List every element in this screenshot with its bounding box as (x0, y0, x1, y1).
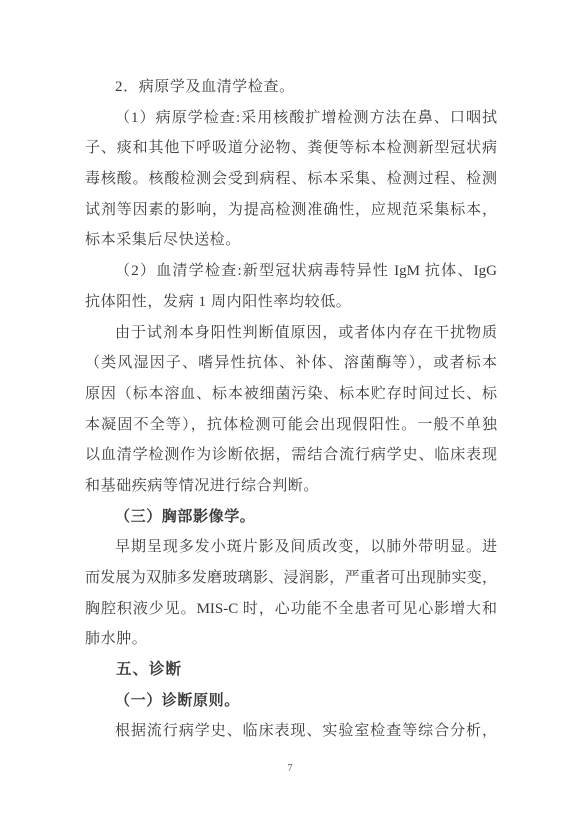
text-line: 胸腔积液少见。MIS-C 时，心功能不全患者可见心影增大和 (85, 594, 497, 625)
text-line: 本凝固不全等），抗体检测可能会出现假阳性。一般不单独 (85, 410, 497, 441)
text-line: 子、痰和其他下呼吸道分泌物、粪便等标本检测新型冠状病 (85, 133, 497, 164)
text-line: 原因（标本溶血、标本被细菌污染、标本贮存时间过长、标 (85, 379, 497, 410)
text-line: （1）病原学检查:采用核酸扩增检测方法在鼻、口咽拭 (85, 103, 497, 134)
text-line: 肺水肿。 (85, 624, 497, 655)
text-line: 标本采集后尽快送检。 (85, 225, 497, 256)
text-line: 以血清学检测作为诊断依据，需结合流行病学史、临床表现 (85, 440, 497, 471)
text-line: （三）胸部影像学。 (85, 502, 497, 533)
text-line: 由于试剂本身阳性判断值原因，或者体内存在干扰物质 (85, 318, 497, 349)
text-line: （一）诊断原则。 (85, 686, 497, 717)
text-line: 根据流行病学史、临床表现、实验室检查等综合分析， (85, 716, 497, 747)
text-line: 早期呈现多发小斑片影及间质改变，以肺外带明显。进 (85, 532, 497, 563)
text-line: 2．病原学及血清学检查。 (85, 72, 497, 103)
document-page: 2．病原学及血清学检查。（1）病原学检查:采用核酸扩增检测方法在鼻、口咽拭子、痰… (0, 0, 580, 820)
text-line: 五、诊断 (85, 655, 497, 686)
text-line: 试剂等因素的影响，为提高检测准确性，应规范采集标本， (85, 195, 497, 226)
text-line: 而发展为双肺多发磨玻璃影、浸润影，严重者可出现肺实变， (85, 563, 497, 594)
page-number: 7 (0, 763, 580, 774)
text-line: （2）血清学检查:新型冠状病毒特异性 IgM 抗体、IgG (85, 256, 497, 287)
document-body: 2．病原学及血清学检查。（1）病原学检查:采用核酸扩增检测方法在鼻、口咽拭子、痰… (0, 0, 580, 747)
text-line: （类风湿因子、嗜异性抗体、补体、溶菌酶等），或者标本 (85, 348, 497, 379)
text-line: 和基础疾病等情况进行综合判断。 (85, 471, 497, 502)
text-line: 毒核酸。核酸检测会受到病程、标本采集、检测过程、检测 (85, 164, 497, 195)
text-line: 抗体阳性，发病 1 周内阳性率均较低。 (85, 287, 497, 318)
